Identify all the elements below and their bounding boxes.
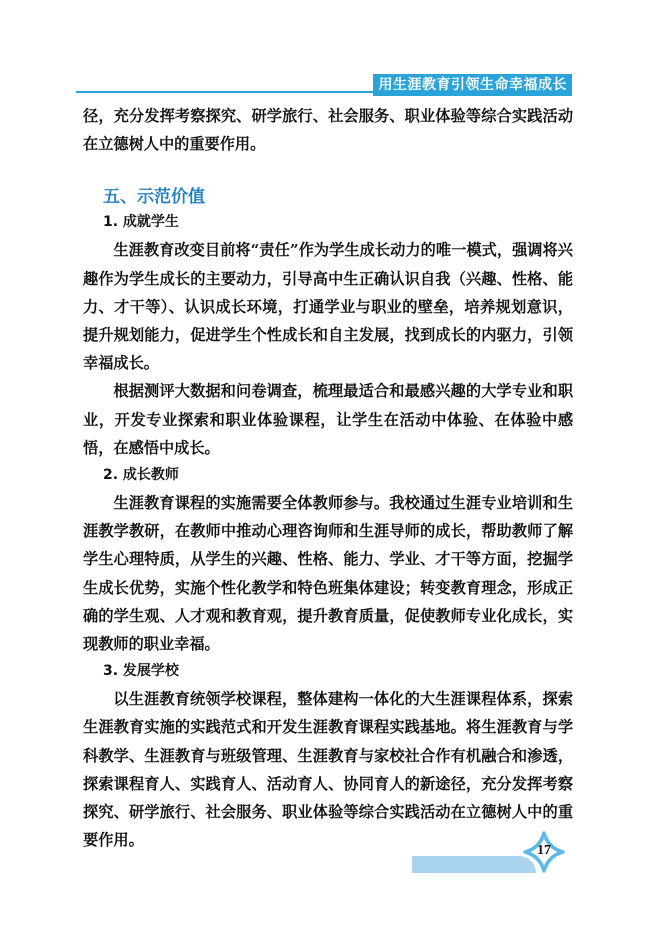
continued-paragraph: 径，充分发挥考察探究、研学旅行、社会服务、职业体验等综合实践活动在立德树人中的重… [83, 102, 573, 158]
subsection-heading-3: 3. 发展学校 [103, 658, 573, 685]
page-number: 17 [523, 831, 565, 873]
subsection-heading-2: 2. 成长教师 [103, 462, 573, 489]
paragraph: 生涯教育课程的实施需要全体教师参与。我校通过生涯专业培训和生涯教学教研，在教师中… [83, 489, 573, 658]
page-content: 径，充分发挥考察探究、研学旅行、社会服务、职业体验等综合实践活动在立德树人中的重… [83, 102, 573, 854]
subsection-heading-1: 1. 成就学生 [103, 209, 573, 236]
page-number-badge: 17 [523, 831, 565, 873]
paragraph: 根据测评大数据和问卷调查，梳理最适合和最感兴趣的大学专业和职业，开发专业探索和职… [83, 377, 573, 462]
section-title: 五、示范价值 [103, 185, 573, 209]
paragraph: 生涯教育改变目前将“责任”作为学生成长动力的唯一模式，强调将兴趣作为学生成长的主… [83, 236, 573, 377]
footer-bar [412, 856, 536, 873]
paragraph: 以生涯教育统领学校课程，整体建构一体化的大生涯课程体系，探索生涯教育实施的实践范… [83, 685, 573, 854]
running-header: 用生涯教育引领生命幸福成长 [76, 74, 572, 96]
running-title: 用生涯教育引领生命幸福成长 [373, 74, 573, 96]
